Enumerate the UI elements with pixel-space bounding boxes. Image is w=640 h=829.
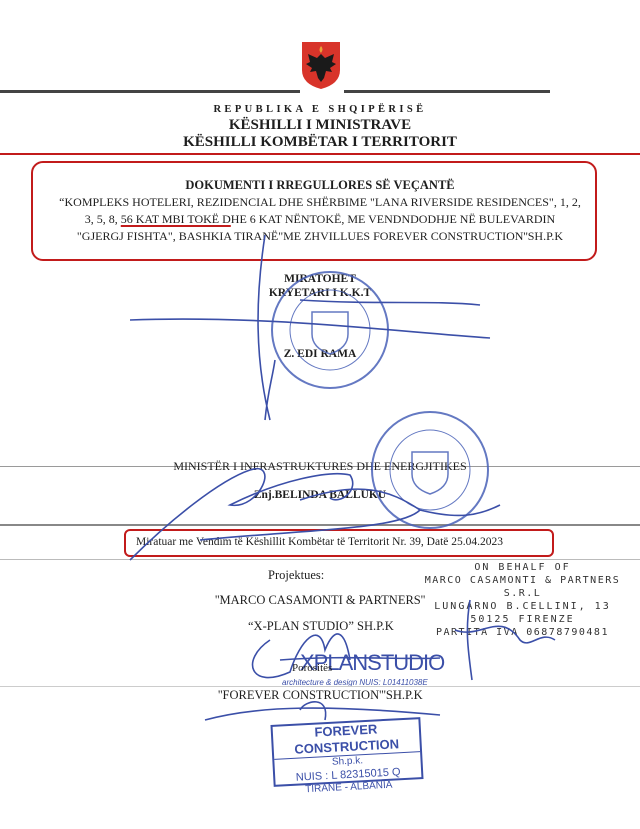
client-firm: ''FOREVER CONSTRUCTION'''SH.P.K (218, 688, 423, 703)
designer-firm-2: “X-PLAN STUDIO” SH.P.K (248, 619, 394, 634)
header-red-rule (0, 153, 640, 155)
header-rule-right (344, 90, 550, 93)
document-subtitle-line-2: 3, 5, 8, 56 KAT MBI TOKË DHE 6 KAT NËNTO… (40, 212, 600, 227)
approved-label: MIRATOHET (0, 273, 640, 285)
document-subtitle-line-1: “KOMPLEKS HOTELERI, REZIDENCIAL DHE SHËR… (40, 195, 600, 210)
scan-line-4 (0, 686, 640, 687)
behalf-line-3: LUNGARNO B.CELLINI, 13 (405, 600, 640, 613)
republic-heading: REPUBLIKA E SHQIPËRISË (0, 104, 640, 115)
designers-label: Projektues: (268, 568, 324, 583)
behalf-line-2: MARCO CASAMONTI & PARTNERS S.R.L (405, 574, 640, 600)
chairman-signature (130, 235, 490, 420)
approval-note: Miratuar me Vendim të Këshillit Kombëtar… (136, 536, 503, 548)
document-title-highlight-box (31, 161, 597, 261)
line2-prefix: 3, 5, 8, (85, 212, 121, 226)
behalf-line-4: 50125 FIRENZE (405, 613, 640, 626)
chairman-name: Z. EDI RAMA (0, 348, 640, 360)
scan-line-2 (0, 524, 640, 526)
client-label: Porositës (292, 662, 332, 674)
header-rule-left (0, 90, 300, 93)
forever-construction-stamp: FOREVER CONSTRUCTION Sh.p.k. NUIS : L 82… (270, 717, 423, 787)
national-territory-council-heading: KËSHILLI KOMBËTAR I TERRITORIT (0, 134, 640, 151)
behalf-line-1: ON BEHALF OF (405, 561, 640, 574)
chairman-label: KRYETARI I K.K.T (0, 287, 640, 299)
minister-name: Znj.BELINDA BALLUKU (0, 489, 640, 501)
scan-line-3 (0, 559, 640, 560)
document-title: DOKUMENTI I RREGULLORES SË VEÇANTË (0, 178, 640, 193)
document-subtitle-line-3: "GJERGJ FISHTA", BASHKIA TIRANË"ME ZHVIL… (40, 229, 600, 244)
behalf-line-5: PARTITA IVA 06878790481 (405, 626, 640, 639)
line2-suffix: HE 6 KAT NËNTOKË, ME VENDNDODHJE NË BULE… (231, 212, 555, 226)
albania-coat-of-arms-icon (300, 40, 342, 90)
designer-firm-1: ''MARCO CASAMONTI & PARTNERS'' (215, 593, 425, 608)
behalf-stamp: ON BEHALF OF MARCO CASAMONTI & PARTNERS … (405, 561, 640, 639)
floors-highlight: 56 KAT MBI TOKË D (121, 212, 231, 226)
minister-title: MINISTËR I INFRASTRUKTURES DHE ENERGJITI… (0, 459, 640, 474)
council-of-ministers-heading: KËSHILLI I MINISTRAVE (0, 117, 640, 134)
